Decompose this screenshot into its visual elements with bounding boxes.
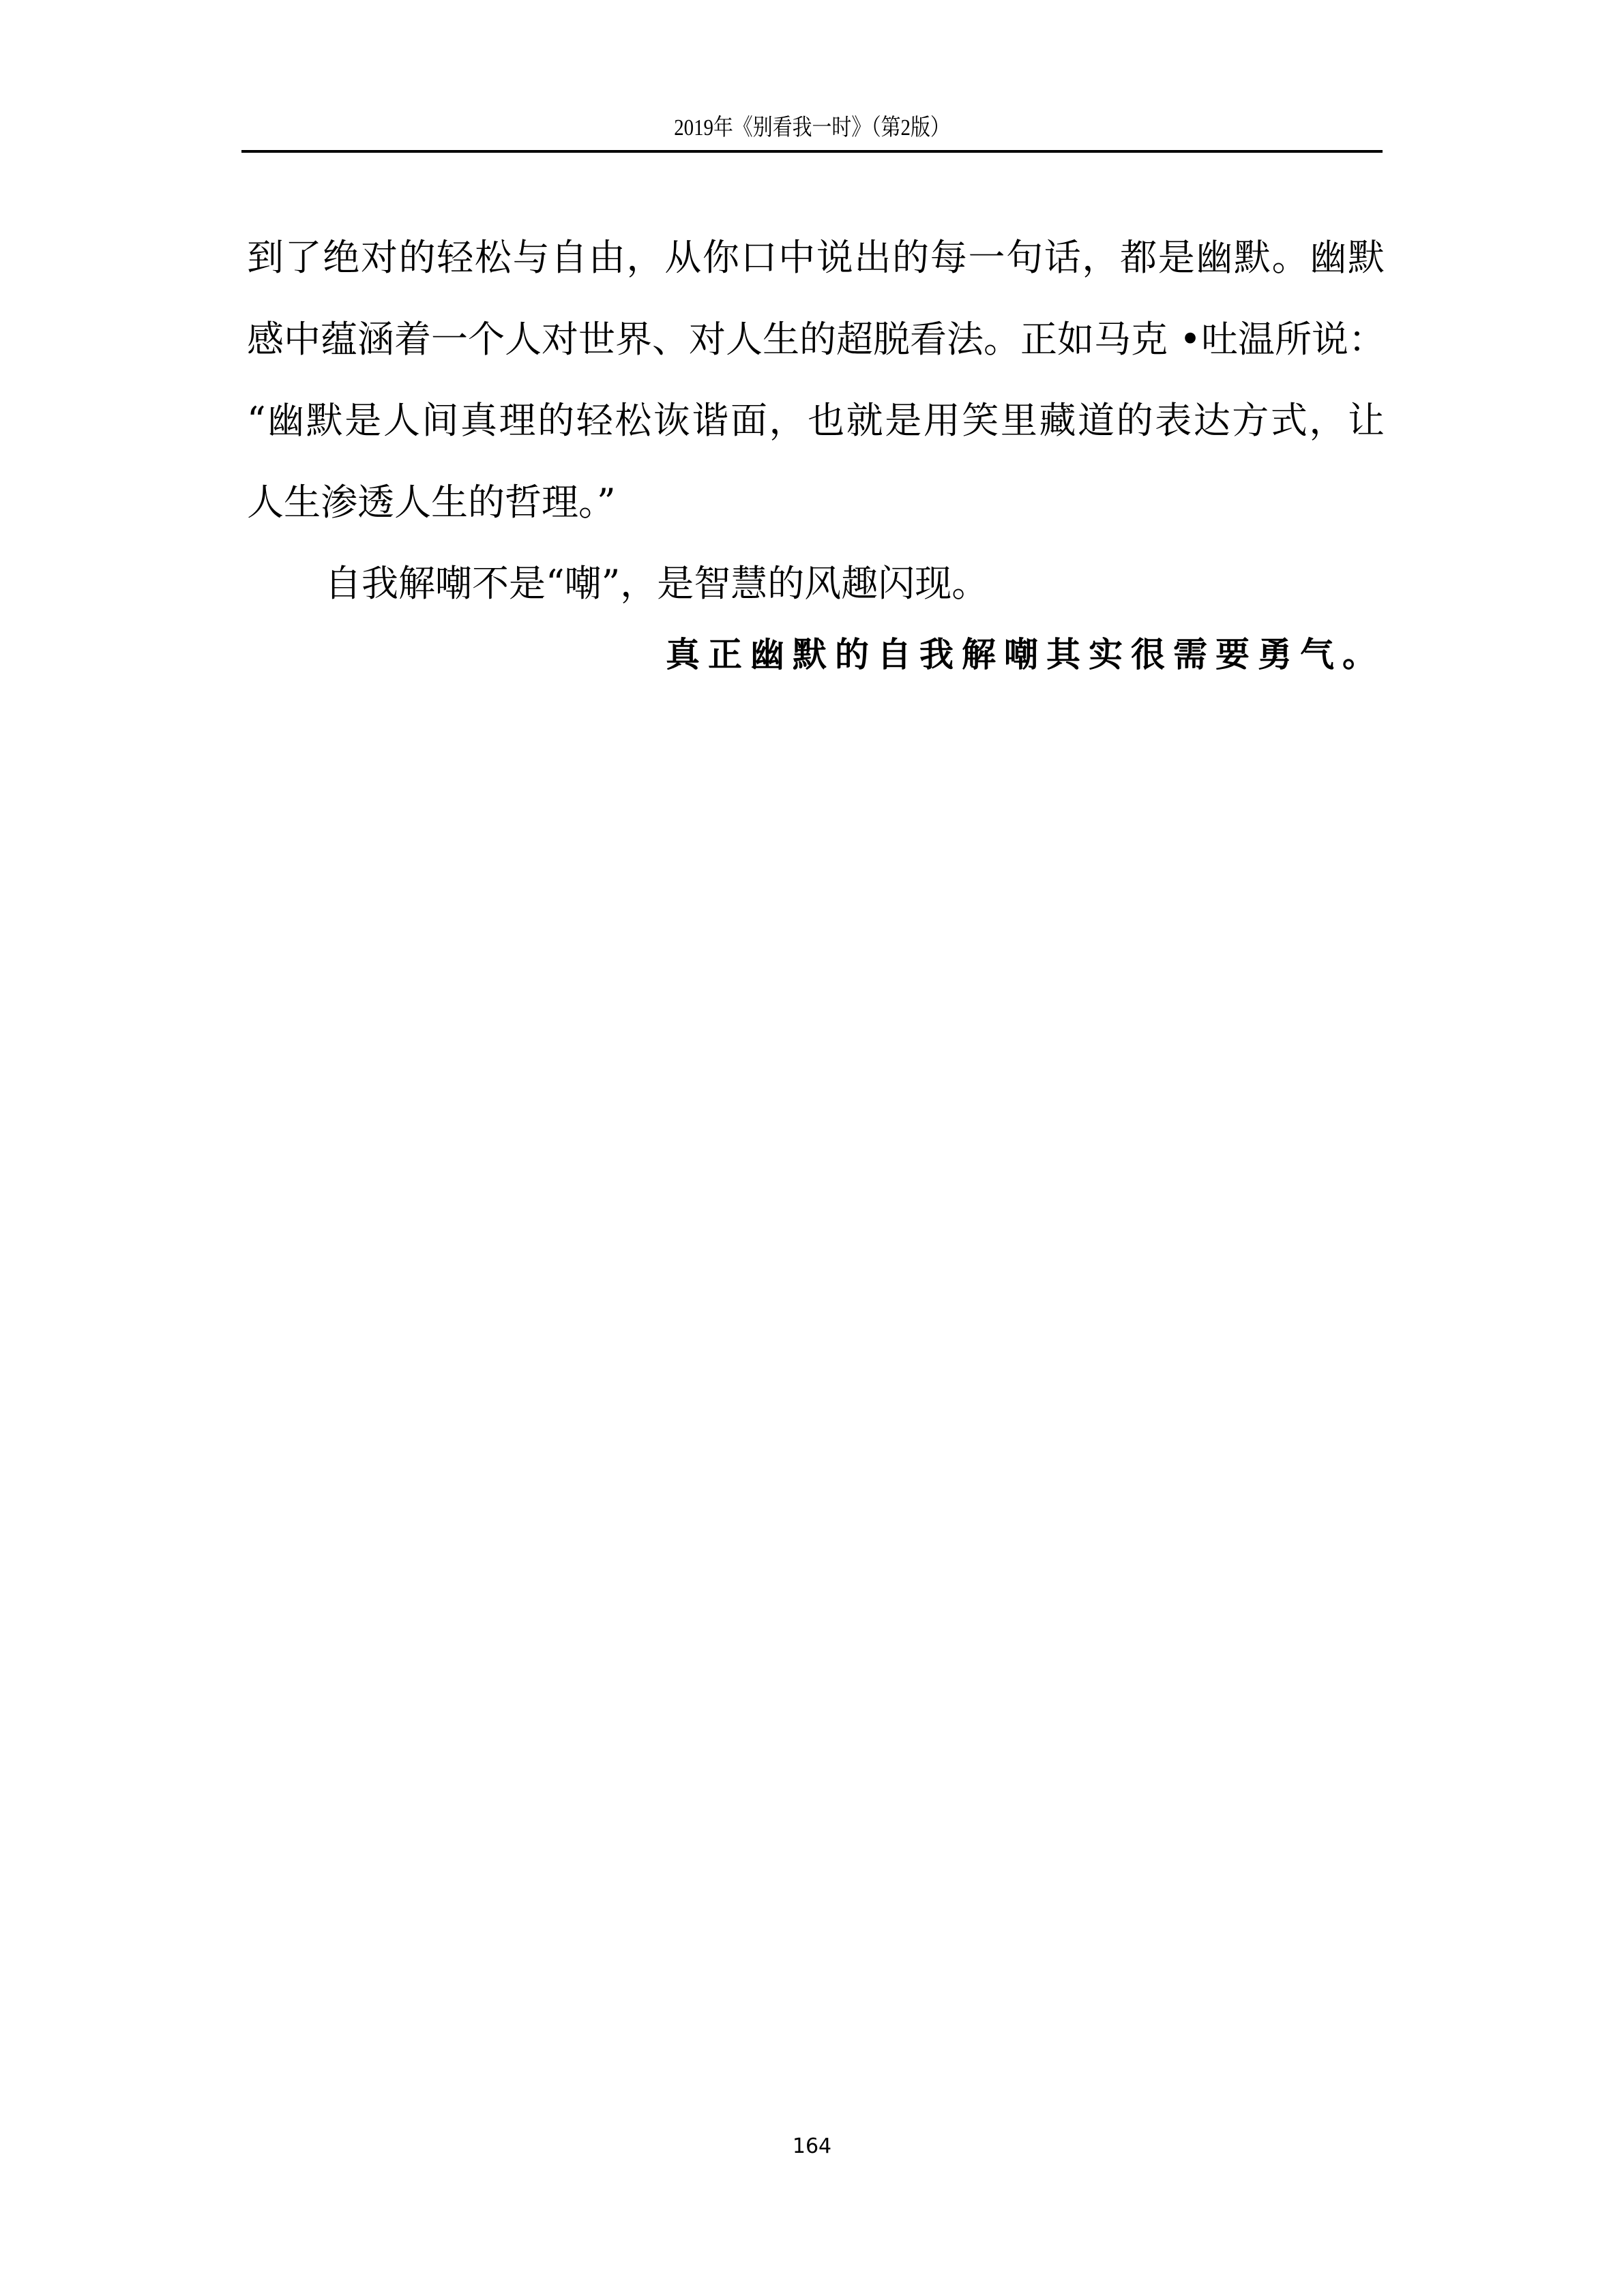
body-line: 到了绝对的轻松与自由，从你口中说出的每一句话，都是幽默。幽默 — [247, 217, 1385, 299]
body-text: 到了绝对的轻松与自由，从你口中说出的每一句话，都是幽默。幽默 感中蕴涵着一个人对… — [247, 217, 1385, 625]
body-line: 感中蕴涵着一个人对世界、对人生的超脱看法。正如马克 •吐温所说： — [247, 299, 1385, 381]
body-line: 人生渗透人生的哲理。” — [247, 462, 1385, 543]
body-paragraph: 自我解嘲不是“嘲”，是智慧的风趣闪现。 — [247, 543, 1385, 625]
header-divider — [241, 150, 1383, 153]
emphasis-statement: 真正幽默的自我解嘲其实很需要勇气。 — [666, 627, 1385, 682]
running-header-title: 2019年《别看我一时》（第2版） — [122, 113, 1503, 143]
page-number: 164 — [0, 2133, 1624, 2160]
body-line: “幽默是人间真理的轻松诙谐面，也就是用笑里藏道的表达方式，让 — [247, 380, 1385, 462]
